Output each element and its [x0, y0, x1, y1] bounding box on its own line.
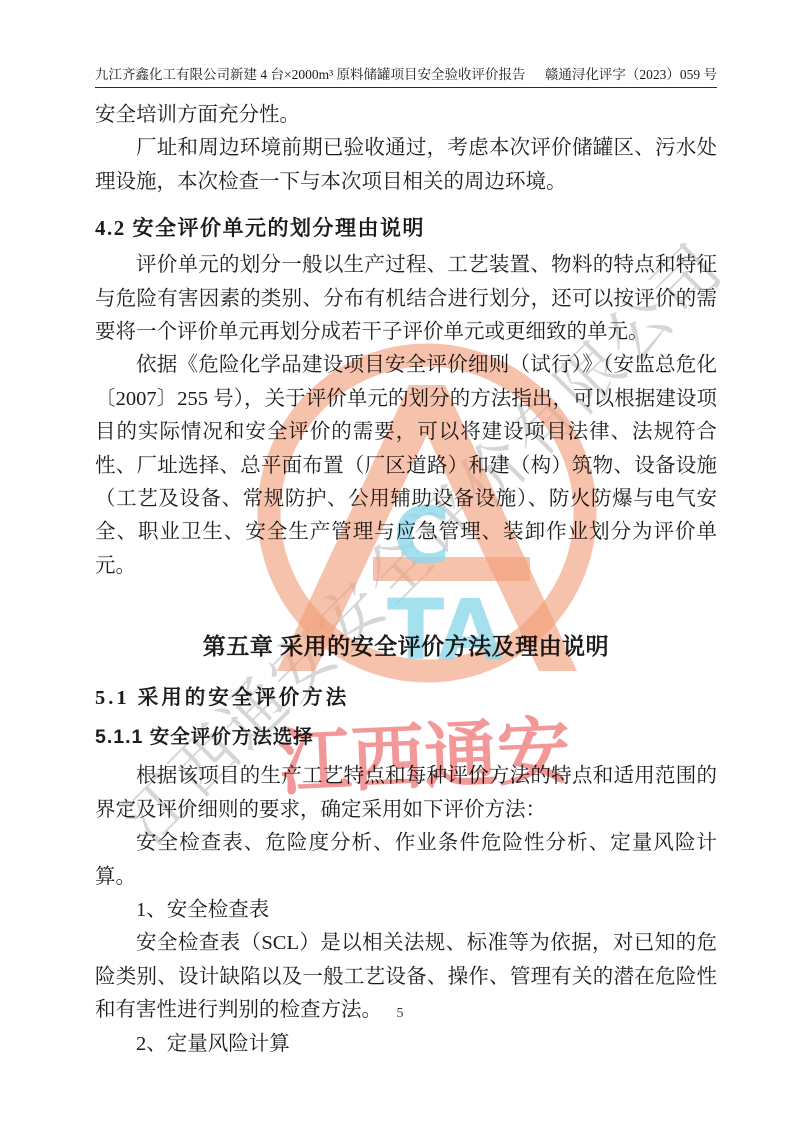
list-item-qra: 2、定量风险计算 — [95, 1028, 717, 1061]
paragraph-unit-division: 评价单元的划分一般以生产过程、工艺装置、物料的特点和特征与危险有害因素的类别、分… — [95, 249, 717, 349]
header-report-title: 九江齐鑫化工有限公司新建 4 台×2000m³ 原料储罐项目安全验收评价报告 — [95, 66, 526, 84]
page-header: 九江齐鑫化工有限公司新建 4 台×2000m³ 原料储罐项目安全验收评价报告 赣… — [95, 66, 717, 88]
paragraph-division-basis: 依据《危险化学品建设项目安全评价细则（试行）》（安监总危化〔2007〕255 号… — [95, 349, 717, 583]
document-body: 安全培训方面充分性。 厂址和周边环境前期已验收通过，考虑本次评价储罐区、污水处理… — [95, 99, 717, 1061]
section-heading-5-1-1: 5.1.1 安全评价方法选择 — [95, 723, 717, 751]
document-page: 九江齐鑫化工有限公司新建 4 台×2000m³ 原料储罐项目安全验收评价报告 赣… — [0, 0, 800, 1131]
header-document-number: 赣通浔化评字（2023）059 号 — [545, 66, 717, 84]
paragraph-site-environment: 厂址和周边环境前期已验收通过，考虑本次评价储罐区、污水处理设施，本次检查一下与本… — [95, 132, 717, 199]
page-number: 5 — [0, 1006, 800, 1022]
page-content: 九江齐鑫化工有限公司新建 4 台×2000m³ 原料储罐项目安全验收评价报告 赣… — [95, 0, 717, 1061]
section-heading-4-2: 4.2 安全评价单元的划分理由说明 — [95, 213, 717, 243]
paragraph-training-continuation: 安全培训方面充分性。 — [95, 99, 717, 132]
section-heading-5-1: 5.1 采用的安全评价方法 — [95, 683, 717, 713]
paragraph-method-list: 安全检查表、危险度分析、作业条件危险性分析、定量风险计算。 — [95, 827, 717, 894]
paragraph-method-intro: 根据该项目的生产工艺特点和每种评价方法的特点和适用范围的界定及评价细则的要求，确… — [95, 760, 717, 827]
list-item-scl: 1、安全检查表 — [95, 894, 717, 927]
chapter-title: 第五章 采用的安全评价方法及理由说明 — [95, 629, 717, 663]
